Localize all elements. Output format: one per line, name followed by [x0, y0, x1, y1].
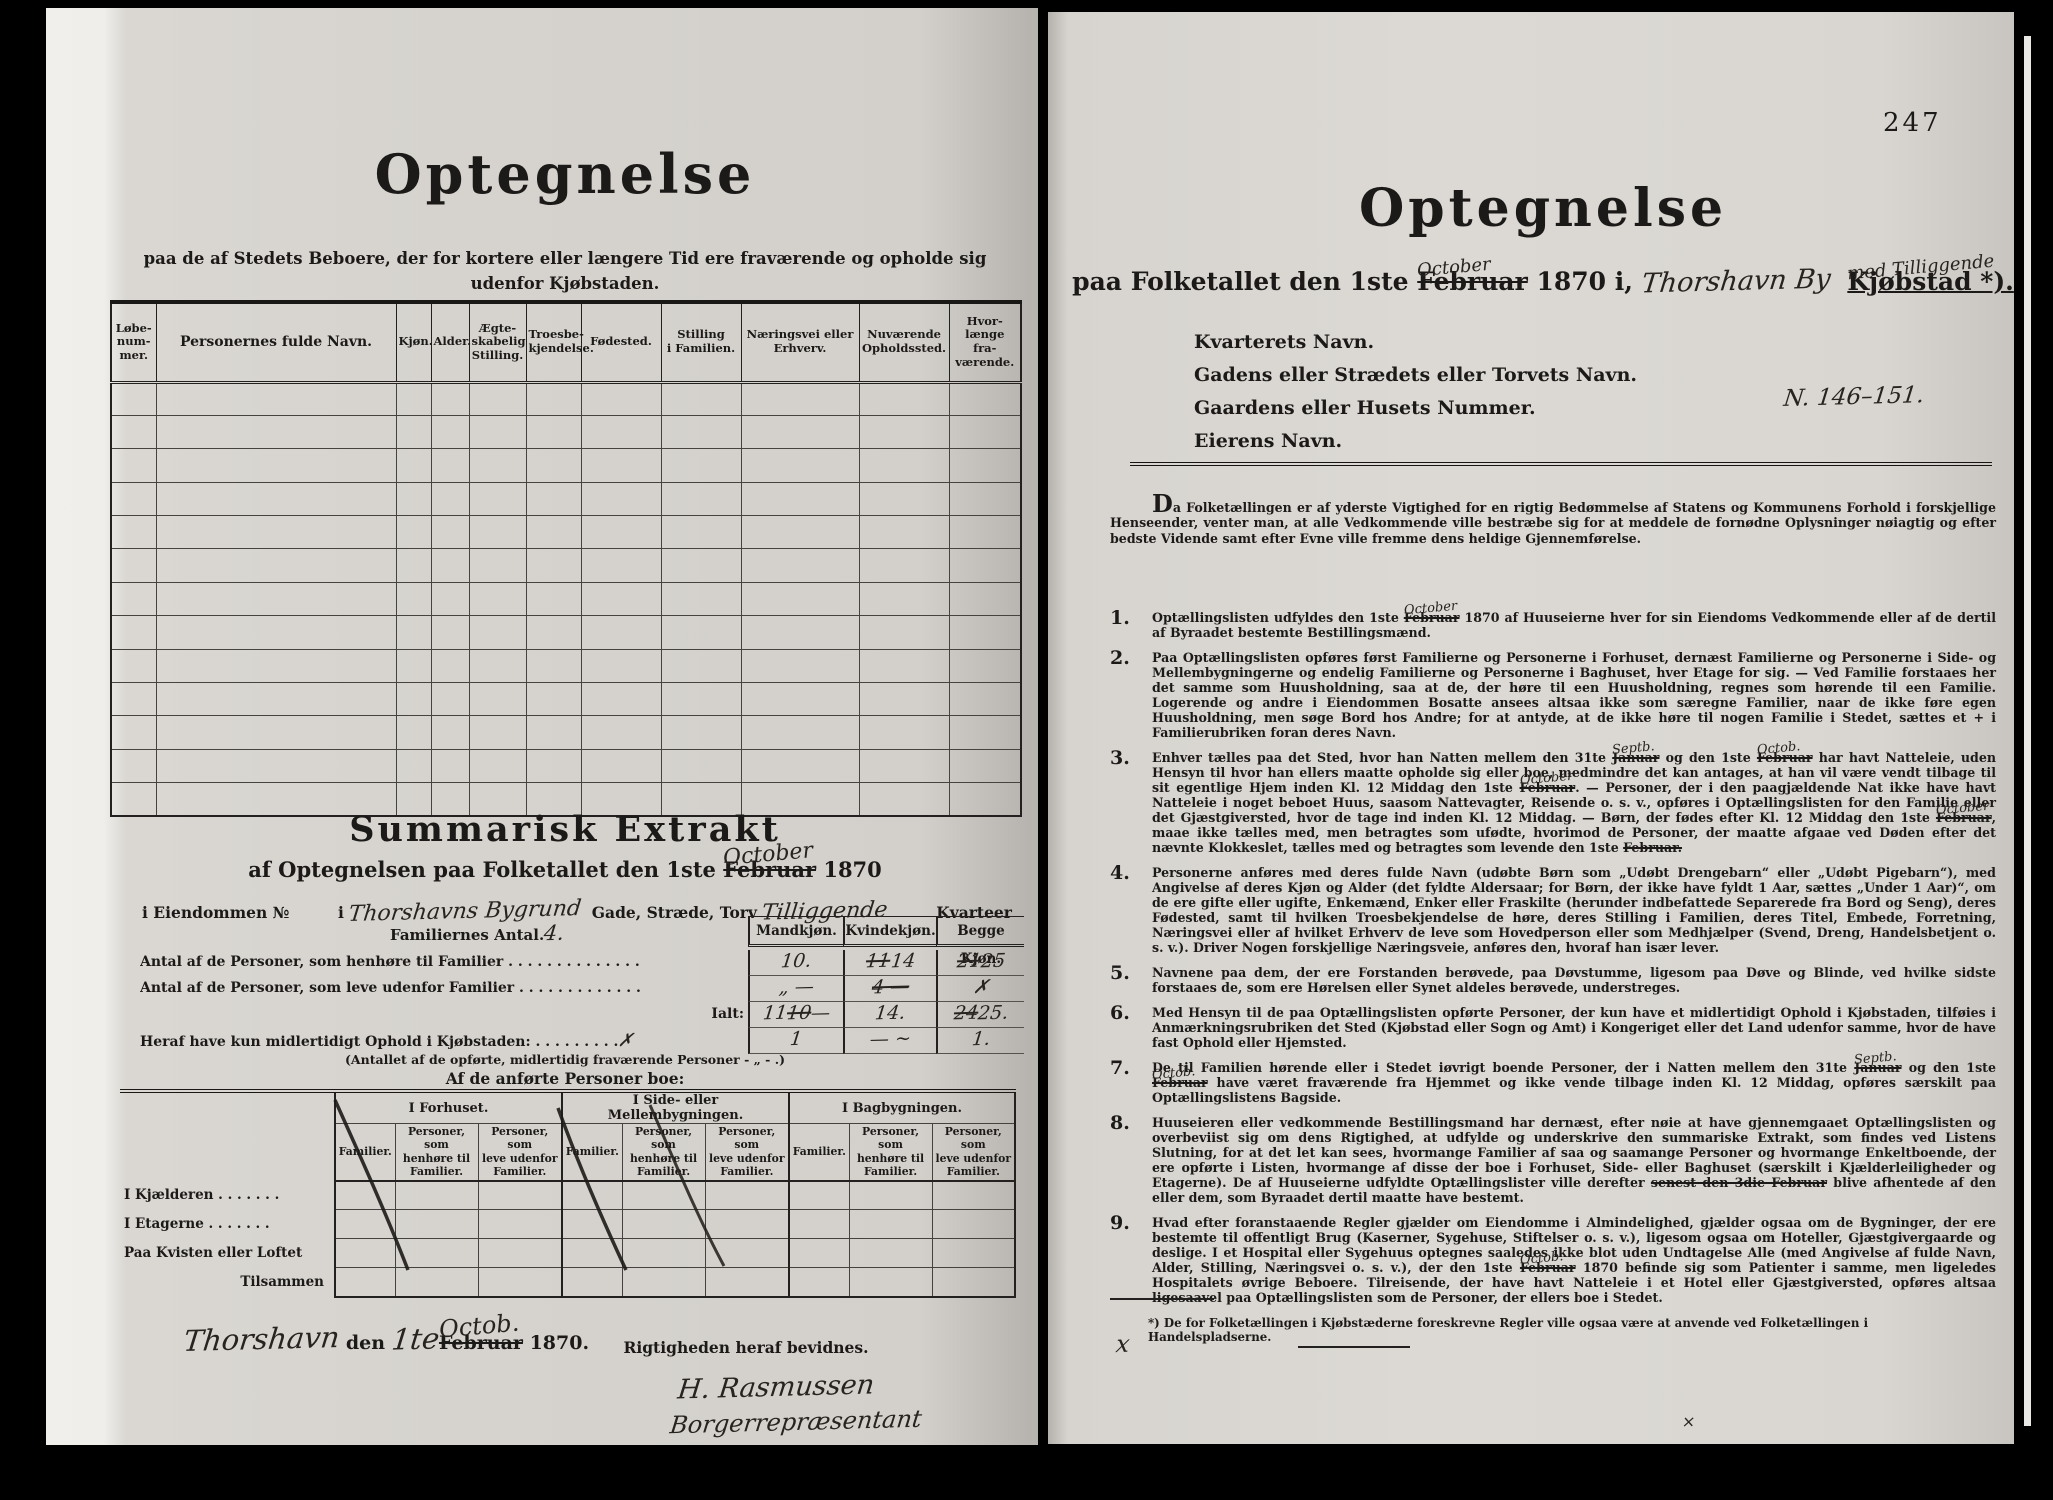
census-empty-cell [661, 683, 741, 716]
census-empty-cell [431, 482, 469, 515]
dwelling-subheader: Personer, som henhøre til Familier. [849, 1124, 932, 1181]
dwelling-empty-cell [622, 1268, 705, 1297]
instruction-number: 5. [1110, 965, 1152, 995]
summary-families: Familiernes Antal. 4. [140, 916, 748, 950]
census-empty-cell [859, 449, 949, 482]
census-empty-cell [156, 749, 396, 782]
census-empty-row [111, 716, 1021, 749]
printed-text: Navnene paa dem, der ere Forstanden berø… [1152, 965, 1996, 995]
dwelling-empty-cell [705, 1239, 789, 1268]
census-empty-cell [396, 616, 431, 649]
instruction-text: Hvad efter foranstaaende Regler gjælder … [1152, 1215, 1996, 1305]
census-empty-cell [111, 549, 156, 582]
census-empty-cell [526, 649, 581, 682]
dwelling-empty-cell [478, 1210, 562, 1239]
printed-text: Enhver tælles paa det Sted, hvor han Nat… [1152, 750, 1612, 765]
dwelling-data-row: I Kjælderen . . . . . . . [120, 1181, 1015, 1210]
end-rule [1298, 1346, 1410, 1348]
printed-text: den [339, 1332, 391, 1354]
field-label-line: Gadens eller Strædets eller Torvets Navn… [1194, 359, 1637, 392]
handwritten-text: 1. [971, 1028, 992, 1051]
footnote-text: *) De for Folketællingen i Kjøbstæderne … [1148, 1316, 1958, 1344]
signature-title: Borgerrepræsentant [584, 1403, 1009, 1442]
corrected-word: OctoberFebruar [1417, 267, 1528, 296]
census-empty-cell [526, 382, 581, 415]
census-empty-cell [526, 683, 581, 716]
dwelling-empty-cell [705, 1210, 789, 1239]
dwelling-subheader: Familier. [789, 1124, 849, 1181]
dwelling-empty-cell [789, 1268, 849, 1297]
census-empty-cell [396, 382, 431, 415]
instruction-item: 4.Personerne anføres med deres fulde Nav… [1110, 865, 1996, 955]
census-empty-cell [661, 482, 741, 515]
census-empty-cell [156, 415, 396, 448]
census-empty-cell [469, 749, 526, 782]
census-empty-cell [949, 449, 1021, 482]
census-empty-cell [156, 683, 396, 716]
census-empty-cell [431, 582, 469, 615]
census-empty-cell [581, 716, 661, 749]
handwritten-mark: ✗ [617, 1028, 635, 1053]
summary-value-cell: — ~ [843, 1028, 936, 1054]
printed-text: Februar. [1623, 840, 1682, 855]
census-empty-cell [859, 415, 949, 448]
instruction-number: 4. [1110, 865, 1152, 955]
handwritten-text: 14. [874, 1002, 907, 1026]
summary-value-cell: 11 14 [843, 950, 936, 976]
census-empty-row [111, 449, 1021, 482]
census-empty-cell [949, 716, 1021, 749]
census-empty-row [111, 382, 1021, 415]
printed-text: og den 1ste [1659, 750, 1756, 765]
corrected-word: Septb.Januar [1854, 1060, 1901, 1075]
instruction-number: 8. [1110, 1115, 1152, 1205]
census-col-header: Alder. [431, 302, 469, 382]
census-empty-cell [741, 482, 859, 515]
census-empty-cell [949, 749, 1021, 782]
census-empty-cell [741, 516, 859, 549]
census-empty-cell [661, 582, 741, 615]
census-empty-cell [661, 716, 741, 749]
census-empty-cell [859, 649, 949, 682]
summary-extract-subtitle: af Optegnelsen paa Folketallet den 1ste … [110, 857, 1020, 882]
page-edge [2024, 36, 2031, 1426]
handwritten-text: 11 [865, 950, 892, 974]
instruction-text: Enhver tælles paa det Sted, hvor han Nat… [1152, 750, 1996, 855]
census-empty-cell [859, 582, 949, 615]
census-col-header: Personernes fulde Navn. [156, 302, 396, 382]
census-empty-cell [431, 516, 469, 549]
page-number: 247 [1883, 108, 1942, 138]
handwritten-text: „ — [778, 976, 816, 1000]
dwelling-empty-cell [932, 1181, 1015, 1210]
dwelling-data-row: Tilsammen [120, 1268, 1015, 1297]
corrected-word: med TilliggendeKjøbstad *). [1847, 267, 2014, 296]
census-empty-cell [156, 582, 396, 615]
dwelling-subheader: Familier. [335, 1124, 395, 1181]
attestation-text: Rigtigheden heraf bevidnes. [546, 1338, 946, 1357]
handwritten-text: 10 [786, 1002, 813, 1026]
census-empty-cell [949, 582, 1021, 615]
census-empty-cell [741, 415, 859, 448]
census-empty-cell [581, 549, 661, 582]
census-empty-cell [859, 749, 949, 782]
census-empty-cell [396, 749, 431, 782]
left-page-subtitle: paa de af Stedets Beboere, der for korte… [110, 246, 1020, 296]
census-empty-cell [949, 382, 1021, 415]
dwelling-empty-cell [705, 1181, 789, 1210]
corrected-word: Octob.Februar [439, 1332, 523, 1354]
census-empty-cell [111, 683, 156, 716]
summary-note: (Antallet af de opførte, midlertidig fra… [110, 1052, 1020, 1067]
census-empty-cell [581, 415, 661, 448]
census-empty-cell [111, 415, 156, 448]
summary-col-header: Begge Kjøn. [936, 916, 1024, 947]
printed-text: Optællingslisten udfyldes den 1ste [1152, 610, 1404, 625]
dwelling-empty-cell [789, 1239, 849, 1268]
corrected-word: OctoberFebruar [1520, 780, 1576, 795]
printed-text: af Optegnelsen paa Folketallet den 1ste [248, 857, 723, 882]
census-empty-cell [741, 449, 859, 482]
census-empty-cell [431, 549, 469, 582]
census-empty-cell [431, 382, 469, 415]
census-empty-row [111, 582, 1021, 615]
census-col-header: Næringsvei eller Erhverv. [741, 302, 859, 382]
dwelling-empty-cell [335, 1210, 395, 1239]
instruction-text: Optællingslisten udfyldes den 1ste Octob… [1152, 610, 1996, 640]
census-empty-row [111, 616, 1021, 649]
dwelling-empty-cell [478, 1239, 562, 1268]
census-empty-cell [526, 449, 581, 482]
census-col-header: Ægte- skabelig Stilling. [469, 302, 526, 382]
summary-value-cell: 1. [936, 1028, 1024, 1054]
census-empty-row [111, 649, 1021, 682]
census-empty-cell [111, 616, 156, 649]
summary-value-cell: 10. [748, 950, 843, 976]
dwelling-row-label: I Etagerne . . . . . . . [120, 1210, 335, 1239]
dwelling-empty-cell [789, 1181, 849, 1210]
dwelling-empty-cell [335, 1239, 395, 1268]
dwelling-data-row: I Etagerne . . . . . . . [120, 1210, 1015, 1239]
instruction-number: 9. [1110, 1215, 1152, 1305]
census-empty-cell [581, 482, 661, 515]
dwelling-empty-cell [395, 1181, 478, 1210]
census-empty-cell [469, 649, 526, 682]
handwritten-text: 25 [980, 950, 1007, 974]
instruction-text: Paa Optællingslisten opføres først Famil… [1152, 650, 1996, 740]
handwritten-text: 10. [780, 950, 813, 974]
section-rule [1130, 462, 1992, 466]
corrected-word: OctoberFebruar [1404, 610, 1460, 625]
dwelling-row-label: Paa Kvisten eller Loftet [120, 1239, 335, 1268]
dwelling-group-header: I Forhuset. [335, 1091, 562, 1124]
census-empty-cell [396, 649, 431, 682]
census-empty-cell [111, 482, 156, 515]
printed-text: 1870 [816, 857, 882, 882]
dwelling-caption: Af de anførte Personer boe: [110, 1069, 1020, 1088]
field-labels: Kvarterets Navn.Gadens eller Strædets el… [1194, 326, 1637, 458]
census-empty-cell [581, 382, 661, 415]
summary-row-label: Ialt: [140, 1002, 748, 1028]
dwelling-data-row: Paa Kvisten eller Loftet [120, 1239, 1015, 1268]
census-empty-cell [661, 382, 741, 415]
handwritten-x-mark: x [1114, 1330, 1131, 1358]
instruction-text: Navnene paa dem, der ere Forstanden berø… [1152, 965, 1996, 995]
dwelling-subheader: Personer, som leve udenfor Familier. [705, 1124, 789, 1181]
summary-value-cell: 14. [843, 1002, 936, 1028]
census-empty-cell [469, 683, 526, 716]
handwritten-text: Thorshavn By [1640, 264, 1832, 300]
summary-extract-grid: Familiernes Antal. 4.Mandkjøn.Kvindekjøn… [140, 916, 1024, 1054]
dwelling-subheader: Personer, som henhøre til Familier. [622, 1124, 705, 1181]
census-empty-cell [469, 616, 526, 649]
scanned-document: Optegnelse paa de af Stedets Beboere, de… [0, 0, 2053, 1500]
census-col-header: Nuværende Opholdssted. [859, 302, 949, 382]
census-empty-cell [156, 649, 396, 682]
handwritten-text: 1 [789, 1028, 804, 1051]
corrected-word: OctoberFebruar [723, 857, 816, 882]
printed-text [1830, 267, 1847, 296]
census-empty-cell [859, 683, 949, 716]
census-empty-cell [156, 449, 396, 482]
instruction-text: Personerne anføres med deres fulde Navn … [1152, 865, 1996, 955]
dwelling-row-label: I Kjælderen . . . . . . . [120, 1181, 335, 1210]
census-empty-cell [111, 582, 156, 615]
census-col-header: Kjøn. [396, 302, 431, 382]
census-empty-cell [526, 582, 581, 615]
instruction-item: 3.Enhver tælles paa det Sted, hvor han N… [1110, 750, 1996, 855]
census-empty-cell [156, 549, 396, 582]
field-label-line: Eierens Navn. [1194, 425, 1637, 458]
dwelling-empty-cell [932, 1268, 1015, 1297]
census-empty-cell [581, 683, 661, 716]
summary-value-cell: ✗ [936, 976, 1024, 1002]
census-empty-cell [526, 415, 581, 448]
census-empty-cell [469, 716, 526, 749]
dwelling-empty-cell [622, 1181, 705, 1210]
census-empty-cell [859, 616, 949, 649]
dwelling-row-label: Tilsammen [120, 1268, 335, 1297]
census-empty-cell [581, 616, 661, 649]
dwelling-group-header-row: I Forhuset.I Side- eller Mellembygningen… [120, 1091, 1015, 1124]
census-empty-cell [396, 683, 431, 716]
census-empty-cell [859, 716, 949, 749]
instruction-text: De til Familien hørende eller i Stedet i… [1152, 1060, 1996, 1105]
census-header-row: Løbe- num- mer.Personernes fulde Navn.Kj… [111, 302, 1021, 382]
census-empty-cell [949, 616, 1021, 649]
summary-families-value: 4. [542, 918, 566, 949]
census-empty-cell [156, 516, 396, 549]
dwelling-subheader: Personer, som henhøre til Familier. [395, 1124, 478, 1181]
dwelling-empty-cell [478, 1181, 562, 1210]
census-empty-cell [111, 382, 156, 415]
printed-text: De til Familien hørende eller i Stedet i… [1152, 1060, 1854, 1075]
instruction-item: 6.Med Hensyn til de paa Optællingslisten… [1110, 1005, 1996, 1050]
printed-text: Med Hensyn til de paa Optællingslisten o… [1152, 1005, 1996, 1050]
summary-row-label: Antal af de Personer, som henhøre til Fa… [140, 950, 748, 976]
handwritten-text: 14 [889, 950, 916, 974]
left-page: Optegnelse paa de af Stedets Beboere, de… [46, 8, 1038, 1445]
summary-extract-title: Summarisk Extrakt [110, 809, 1020, 850]
dwelling-empty-cell [335, 1181, 395, 1210]
dwelling-group-header: I Bagbygningen. [789, 1091, 1015, 1124]
dwelling-empty-cell [562, 1181, 622, 1210]
handwritten-text: 21 [955, 950, 982, 974]
census-empty-cell [661, 749, 741, 782]
census-empty-cell [431, 649, 469, 682]
handwritten-text: 11 [761, 1002, 788, 1026]
summary-value-cell: „ — [748, 976, 843, 1002]
census-empty-cell [581, 516, 661, 549]
census-empty-cell [469, 582, 526, 615]
summary-value-cell: 1 [748, 1028, 843, 1054]
census-empty-cell [661, 516, 741, 549]
handwritten-text: 24 [952, 1002, 979, 1026]
corrected-word: OctoberFebruar [1936, 810, 1992, 825]
dwelling-empty-cell [622, 1210, 705, 1239]
summary-value-cell: 21 25 [936, 950, 1024, 976]
census-empty-cell [396, 582, 431, 615]
instruction-number: 2. [1110, 650, 1152, 740]
census-col-header: Fødested. [581, 302, 661, 382]
census-empty-row [111, 415, 1021, 448]
instruction-list: 1.Optællingslisten udfyldes den 1ste Oct… [1110, 610, 1996, 1315]
census-empty-cell [949, 649, 1021, 682]
census-empty-cell [469, 516, 526, 549]
summary-row-label: Heraf have kun midlertidigt Ophold i Kjø… [140, 1028, 748, 1054]
instruction-text: Med Hensyn til de paa Optællingslisten o… [1152, 1005, 1996, 1050]
census-empty-cell [469, 482, 526, 515]
dwelling-empty-cell [335, 1268, 395, 1297]
census-empty-cell [469, 449, 526, 482]
dateline: Thorshavn den 1te Octob.Februar 1870. [184, 1322, 589, 1356]
census-empty-cell [156, 716, 396, 749]
dwelling-empty-cell [705, 1268, 789, 1297]
printed-text: og den 1ste [1902, 1060, 1997, 1075]
footnote-rule [1110, 1298, 1214, 1300]
census-empty-row [111, 482, 1021, 515]
dwelling-corner [120, 1091, 335, 1181]
instruction-item: 8.Huuseieren eller vedkommende Bestillin… [1110, 1115, 1996, 1205]
census-empty-cell [741, 749, 859, 782]
dwelling-empty-cell [562, 1239, 622, 1268]
dwelling-subheader: Personer, som leve udenfor Familier. [932, 1124, 1015, 1181]
census-empty-cell [741, 382, 859, 415]
census-empty-cell [111, 749, 156, 782]
instruction-number: 7. [1110, 1060, 1152, 1105]
left-page-title: Optegnelse [110, 142, 1020, 206]
census-empty-cell [741, 683, 859, 716]
census-empty-cell [469, 549, 526, 582]
census-empty-cell [581, 449, 661, 482]
right-page: 247 Optegnelse paa Folketallet den 1ste … [1048, 12, 2014, 1444]
census-empty-cell [526, 749, 581, 782]
census-empty-cell [859, 382, 949, 415]
census-empty-row [111, 516, 1021, 549]
census-empty-cell [526, 716, 581, 749]
census-empty-cell [156, 616, 396, 649]
census-empty-cell [431, 449, 469, 482]
field-label-line: Gaardens eller Husets Nummer. [1194, 392, 1637, 425]
summary-value-cell: 24 25. [936, 1002, 1024, 1028]
corrected-word: Octob.Februar [1757, 750, 1813, 765]
right-title-line: paa Folketallet den 1ste OctoberFebruar … [1068, 266, 2018, 297]
census-table: Løbe- num- mer.Personernes fulde Navn.Kj… [110, 300, 1022, 817]
instruction-number: 3. [1110, 750, 1152, 855]
census-empty-cell [156, 382, 396, 415]
census-empty-cell [949, 683, 1021, 716]
census-empty-cell [431, 415, 469, 448]
census-col-header: Troesbe- kjendelse. [526, 302, 581, 382]
census-empty-cell [581, 749, 661, 782]
handwritten-text: 25. [977, 1002, 1010, 1026]
field-label-line: Kvarterets Navn. [1194, 326, 1637, 359]
census-empty-cell [661, 415, 741, 448]
dwelling-empty-cell [849, 1268, 932, 1297]
census-empty-cell [949, 549, 1021, 582]
dwelling-empty-cell [395, 1239, 478, 1268]
census-empty-cell [526, 516, 581, 549]
census-empty-cell [396, 415, 431, 448]
instruction-number: 6. [1110, 1005, 1152, 1050]
summary-value-cell: 4 — [843, 976, 936, 1002]
left-subtitle-line2: udenfor Kjøbstaden. [471, 274, 660, 293]
instruction-item: 5.Navnene paa dem, der ere Forstanden be… [1110, 965, 1996, 995]
census-empty-row [111, 683, 1021, 716]
census-col-header: Løbe- num- mer. [111, 302, 156, 382]
handwritten-text: 4 — [871, 976, 911, 1000]
dwelling-empty-cell [789, 1210, 849, 1239]
census-empty-cell [661, 449, 741, 482]
census-empty-cell [396, 516, 431, 549]
signature-name: H. Rasmussen [584, 1367, 969, 1408]
census-empty-cell [111, 516, 156, 549]
dwelling-empty-cell [932, 1210, 1015, 1239]
census-empty-cell [741, 716, 859, 749]
census-col-header: Hvor- længe fra- værende. [949, 302, 1021, 382]
instruction-item: 9.Hvad efter foranstaaende Regler gjælde… [1110, 1215, 1996, 1305]
census-empty-cell [431, 716, 469, 749]
census-empty-cell [859, 549, 949, 582]
census-empty-cell [661, 549, 741, 582]
dwelling-empty-cell [849, 1210, 932, 1239]
census-empty-cell [741, 616, 859, 649]
dwelling-empty-cell [849, 1181, 932, 1210]
census-empty-cell [526, 549, 581, 582]
instruction-item: 1.Optællingslisten udfyldes den 1ste Oct… [1110, 610, 1996, 640]
census-empty-cell [111, 649, 156, 682]
left-subtitle-line1: paa de af Stedets Beboere, der for korte… [144, 249, 987, 268]
census-empty-row [111, 749, 1021, 782]
instruction-item: 2.Paa Optællingslisten opføres først Fam… [1110, 650, 1996, 740]
house-number-handwritten: N. 146–151. [1782, 382, 1925, 412]
census-empty-cell [396, 716, 431, 749]
census-empty-cell [949, 516, 1021, 549]
handwritten-text: Thorshavn [182, 1320, 342, 1358]
printed-text: paa Folketallet den 1ste [1072, 267, 1417, 296]
census-empty-cell [469, 415, 526, 448]
census-empty-cell [156, 482, 396, 515]
census-empty-cell [111, 449, 156, 482]
instruction-number: 1. [1110, 610, 1152, 640]
corrected-word: Octob.Februar [1520, 1260, 1576, 1275]
summary-value-cell: 11 10 — [748, 1002, 843, 1028]
census-empty-cell [581, 582, 661, 615]
census-empty-cell [396, 549, 431, 582]
corrected-word: Septb.Januar [1612, 750, 1659, 765]
printed-text: Paa Optællingslisten opføres først Famil… [1152, 650, 1996, 740]
census-empty-row [111, 549, 1021, 582]
